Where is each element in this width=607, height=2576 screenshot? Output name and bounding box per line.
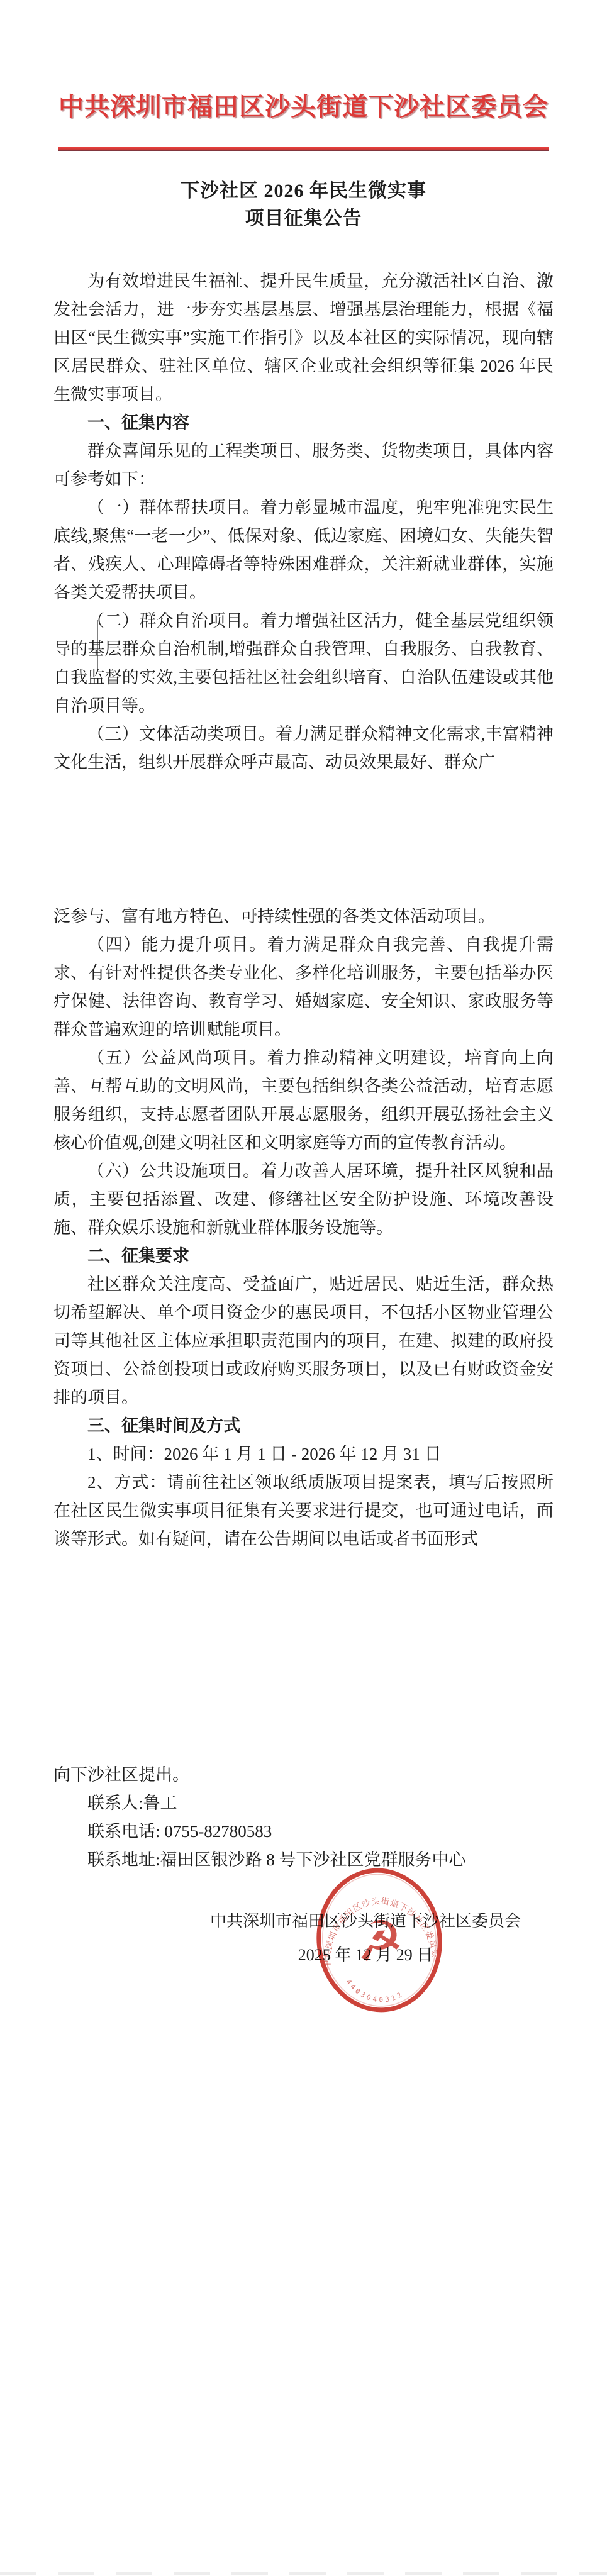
- scan-bottom-edge-artifact: [0, 2572, 607, 2575]
- paragraph-intro: 为有效增进民生福祉、提升民生质量，充分激活社区自治、激发社会活力，进一步夯实基层…: [53, 267, 554, 409]
- paragraph-time: 1、时间：2026 年 1 月 1 日 - 2026 年 12 月 31 日: [53, 1440, 554, 1468]
- paragraph-content-intro: 群众喜闻乐见的工程类项目、服务类、货物类项目，具体内容可参考如下：: [53, 437, 554, 494]
- svg-text:4403040312: 4403040312: [344, 1972, 406, 2007]
- contact-address: 联系地址:福田区银沙路 8 号下沙社区党群服务中心: [53, 1846, 554, 1874]
- contact-person: 联系人:鲁工: [53, 1789, 554, 1818]
- document-page: 中共深圳市福田区沙头街道下沙社区委员会 下沙社区 2026 年民生微实事 项目征…: [0, 0, 607, 2576]
- paragraph-item-5: （五）公益风尚项目。着力推动精神文明建设，培育向上向善、互帮互助的文明风尚，主要…: [53, 1044, 554, 1157]
- section-heading-1: 一、征集内容: [53, 409, 554, 437]
- scan-artifact-line: [97, 620, 98, 670]
- page-scan-gap-2: [53, 1553, 554, 1761]
- contact-phone: 联系电话: 0755-82780583: [53, 1818, 554, 1846]
- red-rule-divider: [58, 147, 549, 151]
- scan-artifact-dot: [254, 913, 257, 916]
- paragraph-item-2: （二）群众自治项目。着力增强社区活力，健全基层党组织领导的基层群众自治机制,增强…: [53, 607, 554, 720]
- document-title-line1: 下沙社区 2026 年民生微实事: [0, 177, 607, 205]
- paragraph-item-3-part2: 泛参与、富有地方特色、可持续性强的各类文体活动项目。: [53, 902, 554, 931]
- document-body: 为有效增进民生福祉、提升民生质量，充分激活社区自治、激发社会活力，进一步夯实基层…: [53, 267, 554, 1874]
- paragraph-method-part1: 2、方式：请前往社区领取纸质版项目提案表，填写后按照所在社区民生微实事项目征集有…: [53, 1468, 554, 1553]
- signature-org: 中共深圳市福田区沙头街道下沙社区委员会: [204, 1911, 526, 1932]
- paragraph-requirements: 社区群众关注度高、受益面广，贴近居民、贴近生活，群众热切希望解决、单个项目资金少…: [53, 1270, 554, 1412]
- paragraph-item-1: （一）群体帮扶项目。着力彰显城市温度，兜牢兜准兜实民生底线,聚焦“一老一少”、低…: [53, 494, 554, 607]
- document-title-line2: 项目征集公告: [0, 205, 607, 233]
- official-seal: 中共深圳市福田区沙头街道下沙社区委员会 ☭ 4403040312: [313, 1864, 446, 2016]
- paragraph-item-3-part1: （三）文体活动类项目。着力满足群众精神文化需求,丰富精神文化生活，组织开展群众呼…: [53, 720, 554, 777]
- page-scan-gap-1: [53, 777, 554, 902]
- paragraph-item-6: （六）公共设施项目。着力改善人居环境，提升社区风貌和品质，主要包括添置、改建、修…: [53, 1157, 554, 1242]
- signature-block: 中共深圳市福田区沙头街道下沙社区委员会 2025 年 12 月 29 日 中共深…: [204, 1911, 526, 1966]
- paragraph-method-part2: 向下沙社区提出。: [53, 1761, 554, 1789]
- section-heading-2: 二、征集要求: [53, 1242, 554, 1270]
- paragraph-item-4: （四）能力提升项目。着力满足群众自我完善、自我提升需求、有针对性提供各类专业化、…: [53, 931, 554, 1044]
- signature-date: 2025 年 12 月 29 日: [204, 1945, 526, 1966]
- document-title: 下沙社区 2026 年民生微实事 项目征集公告: [0, 177, 607, 233]
- org-header: 中共深圳市福田区沙头街道下沙社区委员会: [0, 89, 607, 125]
- seal-code: 4403040312: [344, 1972, 406, 2007]
- section-heading-3: 三、征集时间及方式: [53, 1412, 554, 1440]
